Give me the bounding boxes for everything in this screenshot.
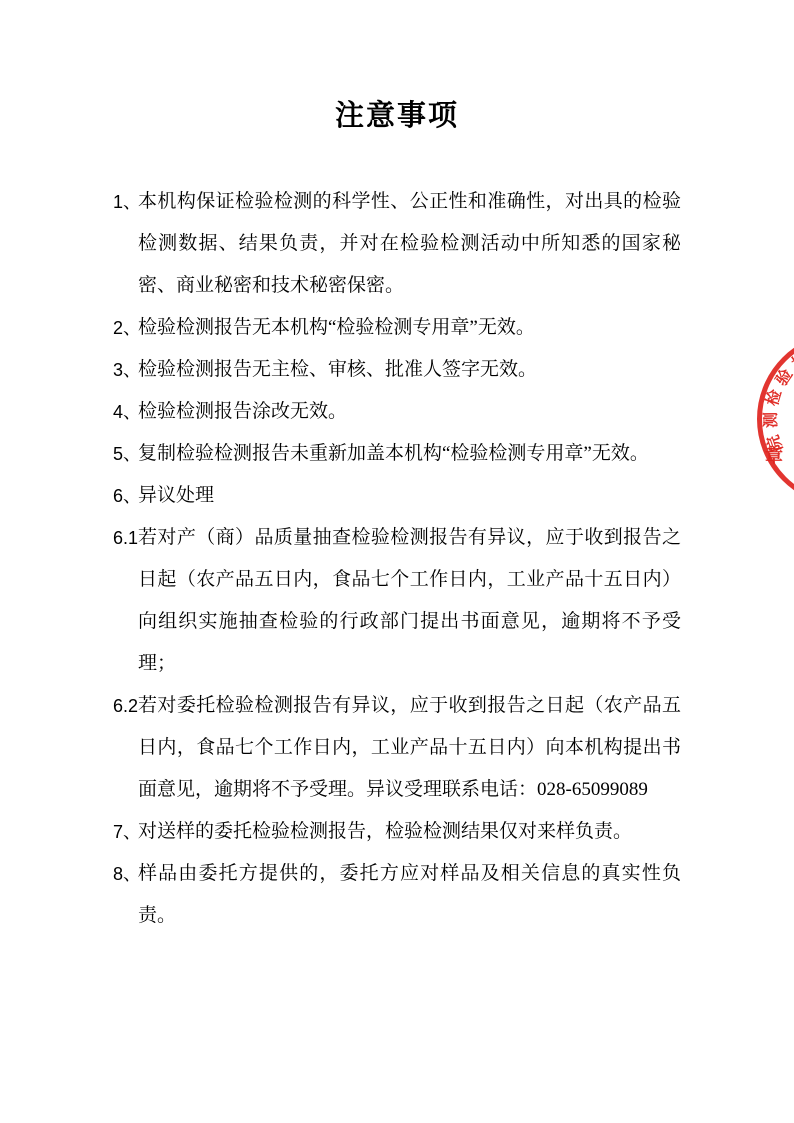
official-stamp: 检 验 检 测 院 章 bbox=[757, 332, 794, 506]
document-page: 注意事项 1、 本机构保证检验检测的科学性、公正性和准确性，对出具的检验检测数据… bbox=[0, 0, 794, 1123]
note-item-6-1: 6.1 若对产（商）品质量抽查检验检测报告有异议，应于收到报告之日起（农产品五日… bbox=[113, 517, 681, 685]
stamp-ring-char: 院 bbox=[766, 433, 786, 453]
stamp-ring-border bbox=[757, 332, 794, 506]
item-text: 检验检测报告涂改无效。 bbox=[138, 401, 347, 422]
note-item-7: 7、 对送样的委托检验检测报告，检验检测结果仅对来样负责。 bbox=[113, 811, 681, 853]
stamp-ring-char: 检 bbox=[790, 351, 794, 373]
stamp-ring-char: 检 bbox=[765, 388, 785, 408]
note-item-1: 1、 本机构保证检验检测的科学性、公正性和准确性，对出具的检验检测数据、结果负责… bbox=[113, 181, 681, 307]
item-text: 样品由委托方提供的，委托方应对样品及相关信息的真实性负责。 bbox=[138, 863, 681, 926]
page-title: 注意事项 bbox=[0, 96, 794, 136]
note-item-6-2: 6.2 若对委托检验检测报告有异议，应于收到报告之日起（农产品五日内，食品七个工… bbox=[113, 685, 681, 811]
note-item-4: 4、 检验检测报告涂改无效。 bbox=[113, 391, 681, 433]
stamp-ring-char: 测 bbox=[764, 412, 780, 428]
item-number: 4、 bbox=[113, 391, 141, 433]
item-text: 复制检验检测报告未重新加盖本机构“检验检测专用章”无效。 bbox=[138, 443, 649, 464]
note-item-8: 8、 样品由委托方提供的，委托方应对样品及相关信息的真实性负责。 bbox=[113, 853, 681, 937]
item-number: 6.1 bbox=[113, 517, 138, 559]
stamp-seal-char: 章 bbox=[765, 447, 783, 465]
note-item-5: 5、 复制检验检测报告未重新加盖本机构“检验检测专用章”无效。 bbox=[113, 433, 681, 475]
stamp-ring-char: 验 bbox=[774, 367, 794, 389]
item-text: 本机构保证检验检测的科学性、公正性和准确性，对出具的检验检测数据、结果负责，并对… bbox=[138, 191, 681, 296]
item-number: 6.2 bbox=[113, 685, 138, 727]
item-number: 8、 bbox=[113, 853, 141, 895]
item-number: 7、 bbox=[113, 811, 141, 853]
item-text: 检验检测报告无主检、审核、批准人签字无效。 bbox=[138, 359, 537, 380]
item-number: 6、 bbox=[113, 475, 141, 517]
item-text: 若对产（商）品质量抽查检验检测报告有异议，应于收到报告之日起（农产品五日内，食品… bbox=[138, 527, 681, 674]
item-text: 对送样的委托检验检测报告，检验检测结果仅对来样负责。 bbox=[138, 821, 632, 842]
item-number: 1、 bbox=[113, 181, 141, 223]
note-item-3: 3、 检验检测报告无主检、审核、批准人签字无效。 bbox=[113, 349, 681, 391]
item-number: 3、 bbox=[113, 349, 141, 391]
item-number: 2、 bbox=[113, 307, 141, 349]
note-item-6: 6、 异议处理 bbox=[113, 475, 681, 517]
item-text: 检验检测报告无本机构“检验检测专用章”无效。 bbox=[138, 317, 535, 338]
item-text: 异议处理 bbox=[138, 485, 214, 506]
notes-list: 1、 本机构保证检验检测的科学性、公正性和准确性，对出具的检验检测数据、结果负责… bbox=[113, 181, 681, 937]
item-text: 若对委托检验检测报告有异议，应于收到报告之日起（农产品五日内，食品七个工作日内，… bbox=[138, 695, 681, 800]
note-item-2: 2、 检验检测报告无本机构“检验检测专用章”无效。 bbox=[113, 307, 681, 349]
item-number: 5、 bbox=[113, 433, 141, 475]
